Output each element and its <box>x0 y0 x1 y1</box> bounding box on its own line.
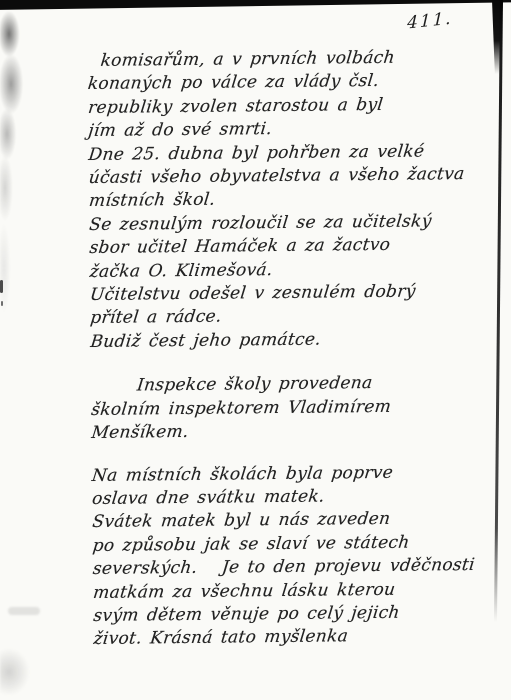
scan-left-gutter-smudge <box>0 6 32 336</box>
paragraph-group-obituary: komisařům, a v prvních volbách konaných … <box>86 46 489 354</box>
handwriting-line: život. Krásná tato myšlenka <box>92 624 495 652</box>
page-number: 411. <box>407 9 453 34</box>
handwritten-text-block: komisařům, a v prvních volbách konaných … <box>86 46 492 652</box>
handwriting-line: Budiž čest jeho památce. <box>89 327 492 355</box>
ink-speck <box>0 280 3 293</box>
paragraph-group-inspection: Inspekce školy provedena školním inspekt… <box>89 371 490 445</box>
handwriting-line: Menšíkem. <box>90 418 493 446</box>
scan-top-edge <box>0 0 511 10</box>
scan-bottom-smudge <box>0 648 30 696</box>
ink-speck <box>1 301 3 306</box>
paragraph-group-mothers-day: Na místních školách byla poprve oslava d… <box>90 460 492 651</box>
scanned-page: 411. komisařům, a v prvních volbách kona… <box>0 0 511 700</box>
scan-faint-mark <box>8 607 40 615</box>
handwriting-line: severských. Je to den projevu vděčnosti <box>92 554 495 582</box>
scan-right-page-edge <box>494 0 503 622</box>
